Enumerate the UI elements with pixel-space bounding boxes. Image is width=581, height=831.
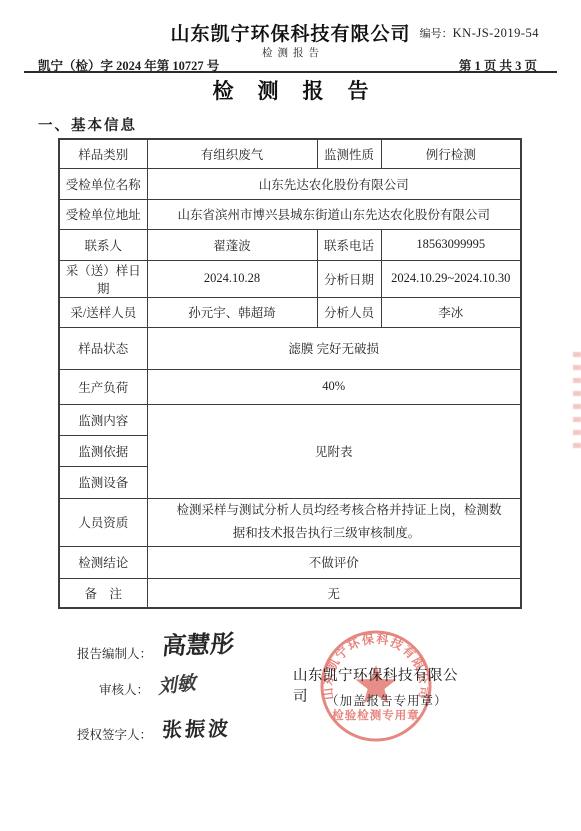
unit-address-label: 受检单位地址: [59, 199, 147, 229]
basic-info-table: 样品类别 有组织废气 监测性质 例行检测 受检单位名称 山东先达农化股份有限公司…: [58, 138, 522, 609]
sample-state-value: 滤膜 完好无破损: [147, 327, 521, 369]
signatory-label: 授权签字人：: [77, 728, 152, 742]
table-row: 联系人 翟蓬波 联系电话 18563099995: [59, 229, 521, 260]
reviewer-row: 审核人： 刘敏: [99, 673, 197, 700]
report-title: 检测报告: [0, 75, 581, 105]
monitor-nature-value: 例行检测: [381, 139, 521, 168]
signatory-row: 授权签字人： 张振波: [77, 716, 231, 745]
table-row: 备 注 无: [59, 578, 521, 608]
sampling-date-value: 2024.10.28: [147, 260, 317, 297]
table-row: 采（送）样日期 2024.10.28 分析日期 2024.10.29~2024.…: [59, 260, 521, 297]
phone-label: 联系电话: [317, 229, 381, 260]
table-row: 采/送样人员 孙元宇、韩超琦 分析人员 李冰: [59, 297, 521, 327]
reviewer-signature: 刘敏: [157, 667, 199, 699]
conclusion-label: 检测结论: [59, 546, 147, 578]
table-row: 受检单位地址 山东省滨州市博兴县城东街道山东先达农化股份有限公司: [59, 199, 521, 229]
preparer-row: 报告编制人： 高慧彤: [77, 630, 234, 665]
report-number-value: KN-JS-2019-54: [453, 26, 539, 40]
unit-address-value: 山东省滨州市博兴县城东街道山东先达农化股份有限公司: [147, 199, 521, 229]
table-row: 样品状态 滤膜 完好无破损: [59, 327, 521, 369]
sampler-value: 孙元宇、韩超琦: [147, 297, 317, 327]
monitor-device-label: 监测设备: [59, 466, 147, 498]
sample-state-label: 样品状态: [59, 327, 147, 369]
remark-value: 无: [147, 578, 521, 608]
report-header: 山东凯宁环保科技有限公司 编号：KN-JS-2019-54: [0, 19, 581, 43]
production-load-value: 40%: [147, 369, 521, 404]
section-title: 一、基本信息: [38, 114, 137, 135]
personnel-label: 人员资质: [59, 498, 147, 546]
monitor-basis-label: 监测依据: [59, 435, 147, 466]
table-row: 人员资质 检测采样与测试分析人员均经考核合格并持证上岗，检测数据和技术报告执行三…: [59, 498, 521, 546]
conclusion-value: 不做评价: [147, 546, 521, 578]
analysis-date-label: 分析日期: [317, 260, 381, 297]
report-number-label: 编号：: [420, 28, 453, 40]
production-load-label: 生产负荷: [59, 369, 147, 404]
table-row: 生产负荷 40%: [59, 369, 521, 404]
analyst-value: 李冰: [381, 297, 521, 327]
table-row: 样品类别 有组织废气 监测性质 例行检测: [59, 139, 521, 168]
contact-label: 联系人: [59, 229, 147, 260]
edge-seal-fragment: [573, 352, 581, 450]
table-row: 检测结论 不做评价: [59, 546, 521, 578]
reviewer-label: 审核人：: [99, 683, 149, 697]
unit-name-label: 受检单位名称: [59, 168, 147, 199]
sampler-label: 采/送样人员: [59, 297, 147, 327]
monitor-content-label: 监测内容: [59, 404, 147, 435]
analyst-label: 分析人员: [317, 297, 381, 327]
phone-value: 18563099995: [381, 229, 521, 260]
header-divider: [24, 71, 557, 73]
see-attachment-value: 见附表: [147, 404, 521, 498]
contact-value: 翟蓬波: [147, 229, 317, 260]
monitor-nature-label: 监测性质: [317, 139, 381, 168]
sampling-date-label: 采（送）样日期: [59, 260, 147, 297]
seal-bottom-text: 检验检测专用章: [332, 708, 420, 722]
sample-type-label: 样品类别: [59, 139, 147, 168]
company-name: 山东凯宁环保科技有限公司: [170, 24, 410, 45]
sample-type-value: 有组织废气: [147, 139, 317, 168]
personnel-value: 检测采样与测试分析人员均经考核合格并持证上岗，检测数据和技术报告执行三级审核制度…: [151, 499, 503, 545]
personnel-cell: 检测采样与测试分析人员均经考核合格并持证上岗，检测数据和技术报告执行三级审核制度…: [147, 498, 521, 546]
signatory-signature: 张振波: [161, 712, 233, 742]
seal-note: （加盖报告专用章）: [326, 691, 448, 709]
table-row: 受检单位名称 山东先达农化股份有限公司: [59, 168, 521, 199]
report-number: 编号：KN-JS-2019-54: [420, 24, 539, 42]
unit-name-value: 山东先达农化股份有限公司: [147, 168, 521, 199]
preparer-label: 报告编制人：: [77, 647, 152, 661]
analysis-date-value: 2024.10.29~2024.10.30: [381, 260, 521, 297]
report-page: 山东凯宁环保科技有限公司 编号：KN-JS-2019-54 检测报告 凯宁（检）…: [0, 0, 581, 831]
preparer-signature: 高慧彤: [161, 624, 237, 662]
table-row: 监测内容 见附表: [59, 404, 521, 435]
remark-label: 备 注: [59, 578, 147, 608]
